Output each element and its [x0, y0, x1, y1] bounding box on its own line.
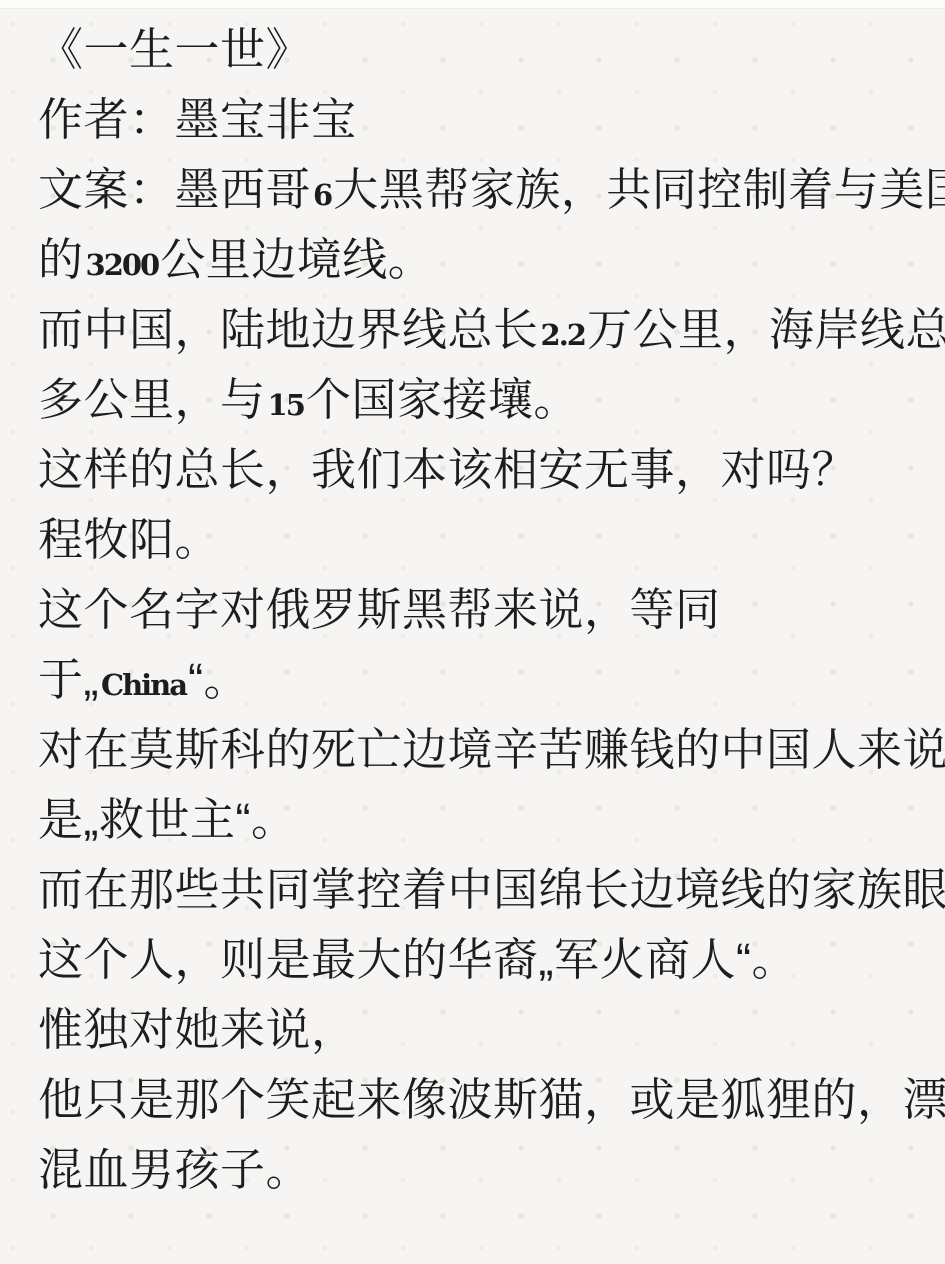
numeral-segment: 15 [266, 388, 306, 422]
synopsis-segment: 这个名字对俄罗斯黑帮来说，等同 [38, 584, 721, 635]
synopsis-segment: 多公里，与 [38, 374, 266, 425]
synopsis-segment: 惟独对她来说， [38, 1004, 357, 1055]
latin-word-segment: China [99, 668, 188, 702]
synopsis-segment: 混血男孩子。 [38, 1144, 311, 1195]
synopsis-segment: 他只是那个笑起来像波斯猫，或是狐狸的，漂亮的 [38, 1074, 945, 1125]
synopsis-segment: 这个人，则是最大的华裔„军火商人“。 [38, 934, 797, 985]
synopsis-segment: 这样的总长，我们本该相安无事，对吗？ [38, 444, 857, 495]
synopsis-segment: 万公里，海岸线总长 [587, 304, 945, 355]
synopsis-line: 这个名字对俄罗斯黑帮来说，等同 [38, 575, 927, 645]
novel-description-page: 《一生一世》 作者：墨宝非宝 文案：墨西哥6大黑帮家族，共同控制着与美国接壤 的… [0, 0, 945, 1205]
synopsis-segment: 个国家接壤。 [306, 374, 579, 425]
synopsis-segment: 的 [38, 234, 84, 285]
book-title-line: 《一生一世》 [38, 15, 927, 85]
synopsis-text-block: 《一生一世》 作者：墨宝非宝 文案：墨西哥6大黑帮家族，共同控制着与美国接壤 的… [0, 9, 945, 1205]
book-title: 《一生一世》 [38, 24, 311, 75]
synopsis-line: 文案：墨西哥6大黑帮家族，共同控制着与美国接壤 [38, 155, 927, 225]
synopsis-segment: 对在莫斯科的死亡边境辛苦赚钱的中国人来说，却 [38, 724, 945, 775]
synopsis-line: 混血男孩子。 [38, 1135, 927, 1205]
synopsis-segment: 公里边境线。 [160, 234, 433, 285]
synopsis-segment: “。 [188, 654, 249, 705]
synopsis-line: 而在那些共同掌控着中国绵长边境线的家族眼里， [38, 855, 927, 925]
synopsis-line: 程牧阳。 [38, 505, 927, 575]
synopsis-line: 惟独对她来说， [38, 995, 927, 1065]
synopsis-segment: 是„救世主“。 [38, 794, 296, 845]
numeral-segment: 2.2 [539, 318, 587, 352]
synopsis-line: 这个人，则是最大的华裔„军火商人“。 [38, 925, 927, 995]
page-top-edge [0, 0, 945, 9]
numeral-segment: 6 [311, 178, 333, 212]
synopsis-line: 对在莫斯科的死亡边境辛苦赚钱的中国人来说，却 [38, 715, 927, 785]
synopsis-segment: 文案：墨西哥 [38, 164, 311, 215]
character-name: 程牧阳。 [38, 514, 220, 565]
author-name: 作者：墨宝非宝 [38, 94, 357, 145]
synopsis-segment: 而在那些共同掌控着中国绵长边境线的家族眼里， [38, 864, 945, 915]
synopsis-segment: 于„ [38, 654, 99, 705]
synopsis-line: 而中国，陆地边界线总长2.2万公里，海岸线总长1.8万 [38, 295, 927, 365]
synopsis-segment: 大黑帮家族，共同控制着与美国接壤 [333, 164, 945, 215]
synopsis-line: 于„China“。 [38, 645, 927, 715]
synopsis-line: 他只是那个笑起来像波斯猫，或是狐狸的，漂亮的 [38, 1065, 927, 1135]
author-line: 作者：墨宝非宝 [38, 85, 927, 155]
synopsis-segment: 而中国，陆地边界线总长 [38, 304, 539, 355]
synopsis-line: 的3200公里边境线。 [38, 225, 927, 295]
synopsis-line: 多公里，与15个国家接壤。 [38, 365, 927, 435]
numeral-segment: 3200 [84, 248, 161, 282]
synopsis-line: 是„救世主“。 [38, 785, 927, 855]
synopsis-line: 这样的总长，我们本该相安无事，对吗？ [38, 435, 927, 505]
